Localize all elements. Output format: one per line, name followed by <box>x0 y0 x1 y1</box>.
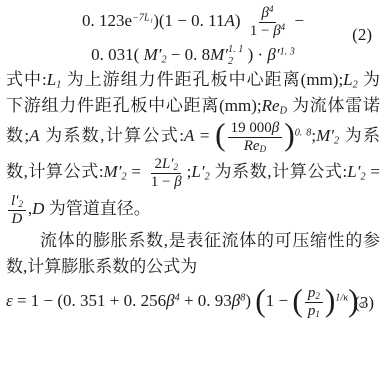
math-var: D <box>32 199 44 218</box>
math-txt: 式中: <box>6 70 47 89</box>
math-txt: 0. 123e <box>82 11 132 30</box>
math-var: A <box>184 126 194 145</box>
math-txt: 数,计算公式: <box>6 163 104 182</box>
math-txt: ) · <box>243 45 267 64</box>
math-lp: ( <box>255 283 265 318</box>
math-stack: 1. 12 <box>228 44 243 66</box>
math-lp: ( <box>215 117 225 152</box>
math-var: ε <box>6 291 13 310</box>
paragraph1-line-5: l′2D,D 为管道直径。 <box>6 192 380 228</box>
math-var: M′ <box>316 126 334 145</box>
math-sub: D <box>260 144 266 154</box>
paragraph-variable-definitions: 式中:L1 为上游组力件距孔板中心距离(mm);L2 为 下游组力件距孔板中心距… <box>6 67 380 228</box>
math-txt: 为系数,计算公式: <box>210 163 348 182</box>
math-sub: 1 <box>315 309 319 319</box>
equation-3-number: (3) <box>354 293 374 313</box>
equation-2-number: (2) <box>352 25 372 45</box>
math-var: A <box>29 126 39 145</box>
math-txt: ) <box>245 291 255 310</box>
math-frac: 19 000βReD <box>228 120 283 154</box>
paragraph1-line-3: 数;A 为系数,计算公式:A = (19 000βReD)0. 8;M′2 为系 <box>6 119 380 155</box>
math-txt: 为流体雷诺 <box>287 96 380 115</box>
math-txt: 1 − <box>250 23 273 39</box>
math-var: L <box>343 70 352 89</box>
math-sup: 4 <box>281 22 285 32</box>
math-txt: − <box>290 11 304 30</box>
math-var: A <box>225 11 235 30</box>
math-var: D <box>12 211 23 227</box>
math-sup: 1/κ <box>335 293 348 304</box>
math-sup: 4 <box>269 4 273 14</box>
paragraph2-line-1: 流体的膨胀系数,是表征流体的可压缩性的参 <box>6 228 380 254</box>
math-txt: 为 <box>358 70 380 89</box>
math-txt: )(1 − 0. 11 <box>153 11 224 30</box>
math-txt: 1 − <box>266 291 293 310</box>
math-var: β <box>273 23 280 39</box>
math-txt: 19 000 <box>231 120 272 136</box>
math-var: β <box>174 174 181 190</box>
equation-3: ε = 1 − (0. 351 + 0. 256β4 + 0. 93β8) (1… <box>6 284 380 320</box>
math-sub: 2 <box>174 163 178 173</box>
math-txt: 数; <box>6 126 29 145</box>
math-sub: D <box>280 105 287 116</box>
paragraph-expansion-coefficient: 流体的膨胀系数,是表征流体的可压缩性的参 数,计算膨胀系数的公式为 <box>6 228 380 280</box>
math-sub: 2 <box>315 292 319 302</box>
math-rp: ) <box>325 283 335 318</box>
math-frac: β41 − β4 <box>247 5 288 39</box>
math-txt: 下游组力件距孔板中心距离(mm); <box>6 96 262 115</box>
equation-2: 0. 123e−7L₁)(1 − 0. 11A) β41 − β4 − 0. 0… <box>6 4 380 67</box>
math-frac: p2p1 <box>305 285 323 319</box>
math-txt: 0. 031( <box>91 45 143 64</box>
paragraph1-line-2: 下游组力件距孔板中心距离(mm);ReD 为流体雷诺 <box>6 93 380 119</box>
math-var: β <box>272 120 279 136</box>
math-var: M′ <box>144 45 162 64</box>
math-var: M′ <box>210 45 228 64</box>
equation-2-line-2-wrap: 0. 031( M′2 − 0. 8M′1. 12 ) · β′1. 3 (2) <box>6 44 380 66</box>
paragraph2-line-2: 数,计算膨胀系数的公式为 <box>6 254 380 280</box>
math-sup: 0. 8 <box>295 127 312 138</box>
math-var: β′ <box>267 45 279 64</box>
math-rp: ) <box>284 117 294 152</box>
math-txt: + 0. 93 <box>180 291 232 310</box>
math-var: β <box>262 5 269 21</box>
equation-2-line-2: 0. 031( M′2 − 0. 8M′1. 12 ) · β′1. 3 <box>91 45 295 64</box>
math-var: L′ <box>162 156 174 172</box>
math-txt: ) <box>235 11 245 30</box>
math-sub: 2 <box>18 199 22 209</box>
math-txt: 2 <box>154 156 161 172</box>
math-var: β <box>166 291 174 310</box>
math-txt: 为系 <box>339 126 380 145</box>
math-var: Re <box>244 138 260 154</box>
math-var: M′ <box>104 163 122 182</box>
math-var: Re <box>262 96 280 115</box>
math-var: L′ <box>191 163 204 182</box>
math-txt: = <box>366 163 380 182</box>
math-txt: = <box>194 126 215 145</box>
math-frac: 2L′21 − β <box>148 156 185 190</box>
math-var: β <box>232 291 240 310</box>
math-txt: = 1 − (0. 351 + 0. 256 <box>13 291 166 310</box>
math-lp: ( <box>292 283 302 318</box>
math-txt: 为上游组力件距孔板中心距离(mm); <box>61 70 343 89</box>
math-var: L <box>47 70 56 89</box>
paragraph1-line-1: 式中:L1 为上游组力件距孔板中心距离(mm);L2 为 <box>6 67 380 93</box>
math-var: L′ <box>347 163 360 182</box>
paper-page: 0. 123e−7L₁)(1 − 0. 11A) β41 − β4 − 0. 0… <box>0 0 388 366</box>
math-sup: −7L₁ <box>132 13 153 24</box>
math-txt: 1 − <box>151 174 174 190</box>
math-txt: = <box>127 163 146 182</box>
math-txt: 为管道直径。 <box>44 199 150 218</box>
math-txt: 为系数,计算公式: <box>39 126 183 145</box>
math-frac: l′2D <box>8 193 26 227</box>
math-txt: − 0. 8 <box>167 45 211 64</box>
math-sup: 1. 3 <box>280 46 295 57</box>
equation-3-body: ε = 1 − (0. 351 + 0. 256β4 + 0. 93β8) (1… <box>6 291 376 310</box>
paragraph1-line-4: 数,计算公式:M′2 = 2L′21 − β;L′2 为系数,计算公式:L′2 … <box>6 155 380 191</box>
equation-2-line-1: 0. 123e−7L₁)(1 − 0. 11A) β41 − β4 − <box>6 4 380 40</box>
